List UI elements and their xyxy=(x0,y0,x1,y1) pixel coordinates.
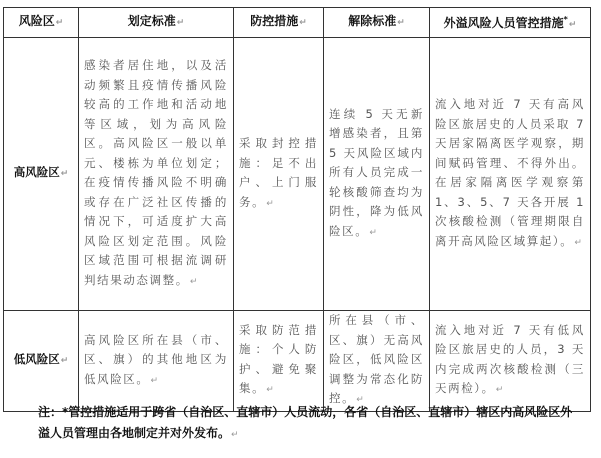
paragraph-mark-icon: ↵ xyxy=(231,430,239,440)
header-spillover: 外溢风险人员管控措施*↵ xyxy=(430,8,591,38)
paragraph-mark-icon: ↵ xyxy=(56,18,64,28)
paragraph-mark-icon: ↵ xyxy=(151,376,160,386)
table-row-low-risk: 低风险区↵ 高风险区所在县（市、区、旗）的其他地区为低风险区。↵ 采取防范措施：… xyxy=(4,311,591,412)
paragraph-mark-icon: ↵ xyxy=(369,228,378,238)
release-cell: 连续 5 天无新增感染者，且第 5 天风险区域内所有人员完成一轮核酸筛查均为阴性… xyxy=(324,38,430,311)
header-measures: 防控措施↵ xyxy=(234,8,324,38)
paragraph-mark-icon: ↵ xyxy=(299,18,307,28)
paragraph-mark-icon: ↵ xyxy=(496,385,505,395)
spillover-cell: 流入地对近 7 天有低风险区旅居史的人员，3 天内完成两次核酸检测（三天两检）。… xyxy=(430,311,591,412)
paragraph-mark-icon: ↵ xyxy=(569,20,577,30)
paragraph-mark-icon: ↵ xyxy=(190,277,199,287)
header-row: 风险区↵ 划定标准↵ 防控措施↵ 解除标准↵ 外溢风险人员管控措施*↵ xyxy=(4,8,591,38)
header-criteria: 划定标准↵ xyxy=(79,8,234,38)
zone-label: 低风险区↵ xyxy=(4,311,79,412)
footnote: 注：*管控措施适用于跨省（自治区、直辖市）人员流动，各省（自治区、直辖市）辖区内… xyxy=(38,402,583,446)
paragraph-mark-icon: ↵ xyxy=(177,18,185,28)
risk-zone-table: 风险区↵ 划定标准↵ 防控措施↵ 解除标准↵ 外溢风险人员管控措施*↵ 高风险区… xyxy=(3,7,591,412)
table-row-high-risk: 高风险区↵ 感染者居住地，以及活动频繁且疫情传播风险较高的工作地和活动地等区域，… xyxy=(4,38,591,311)
release-cell: 所在县（市、区、旗）无高风险区，低风险区调整为常态化防控。↵ xyxy=(324,311,430,412)
footnote-marker: * xyxy=(564,15,568,24)
zone-label: 高风险区↵ xyxy=(4,38,79,311)
paragraph-mark-icon: ↵ xyxy=(266,385,275,395)
paragraph-mark-icon: ↵ xyxy=(574,238,583,248)
paragraph-mark-icon: ↵ xyxy=(266,199,275,209)
paragraph-mark-icon: ↵ xyxy=(397,18,405,28)
header-zone: 风险区↵ xyxy=(4,8,79,38)
measures-cell: 采取防范措施：个人防护、避免聚集。↵ xyxy=(234,311,324,412)
paragraph-mark-icon: ↵ xyxy=(61,169,69,179)
measures-cell: 采取封控措施：足不出户、上门服务。↵ xyxy=(234,38,324,311)
header-release: 解除标准↵ xyxy=(324,8,430,38)
criteria-cell: 感染者居住地，以及活动频繁且疫情传播风险较高的工作地和活动地等区域，划为高风险区… xyxy=(79,38,234,311)
spillover-cell: 流入地对近 7 天有高风险区旅居史的人员采取 7 天居家隔离医学观察，期间赋码管… xyxy=(430,38,591,311)
paragraph-mark-icon: ↵ xyxy=(61,356,69,366)
criteria-cell: 高风险区所在县（市、区、旗）的其他地区为低风险区。↵ xyxy=(79,311,234,412)
